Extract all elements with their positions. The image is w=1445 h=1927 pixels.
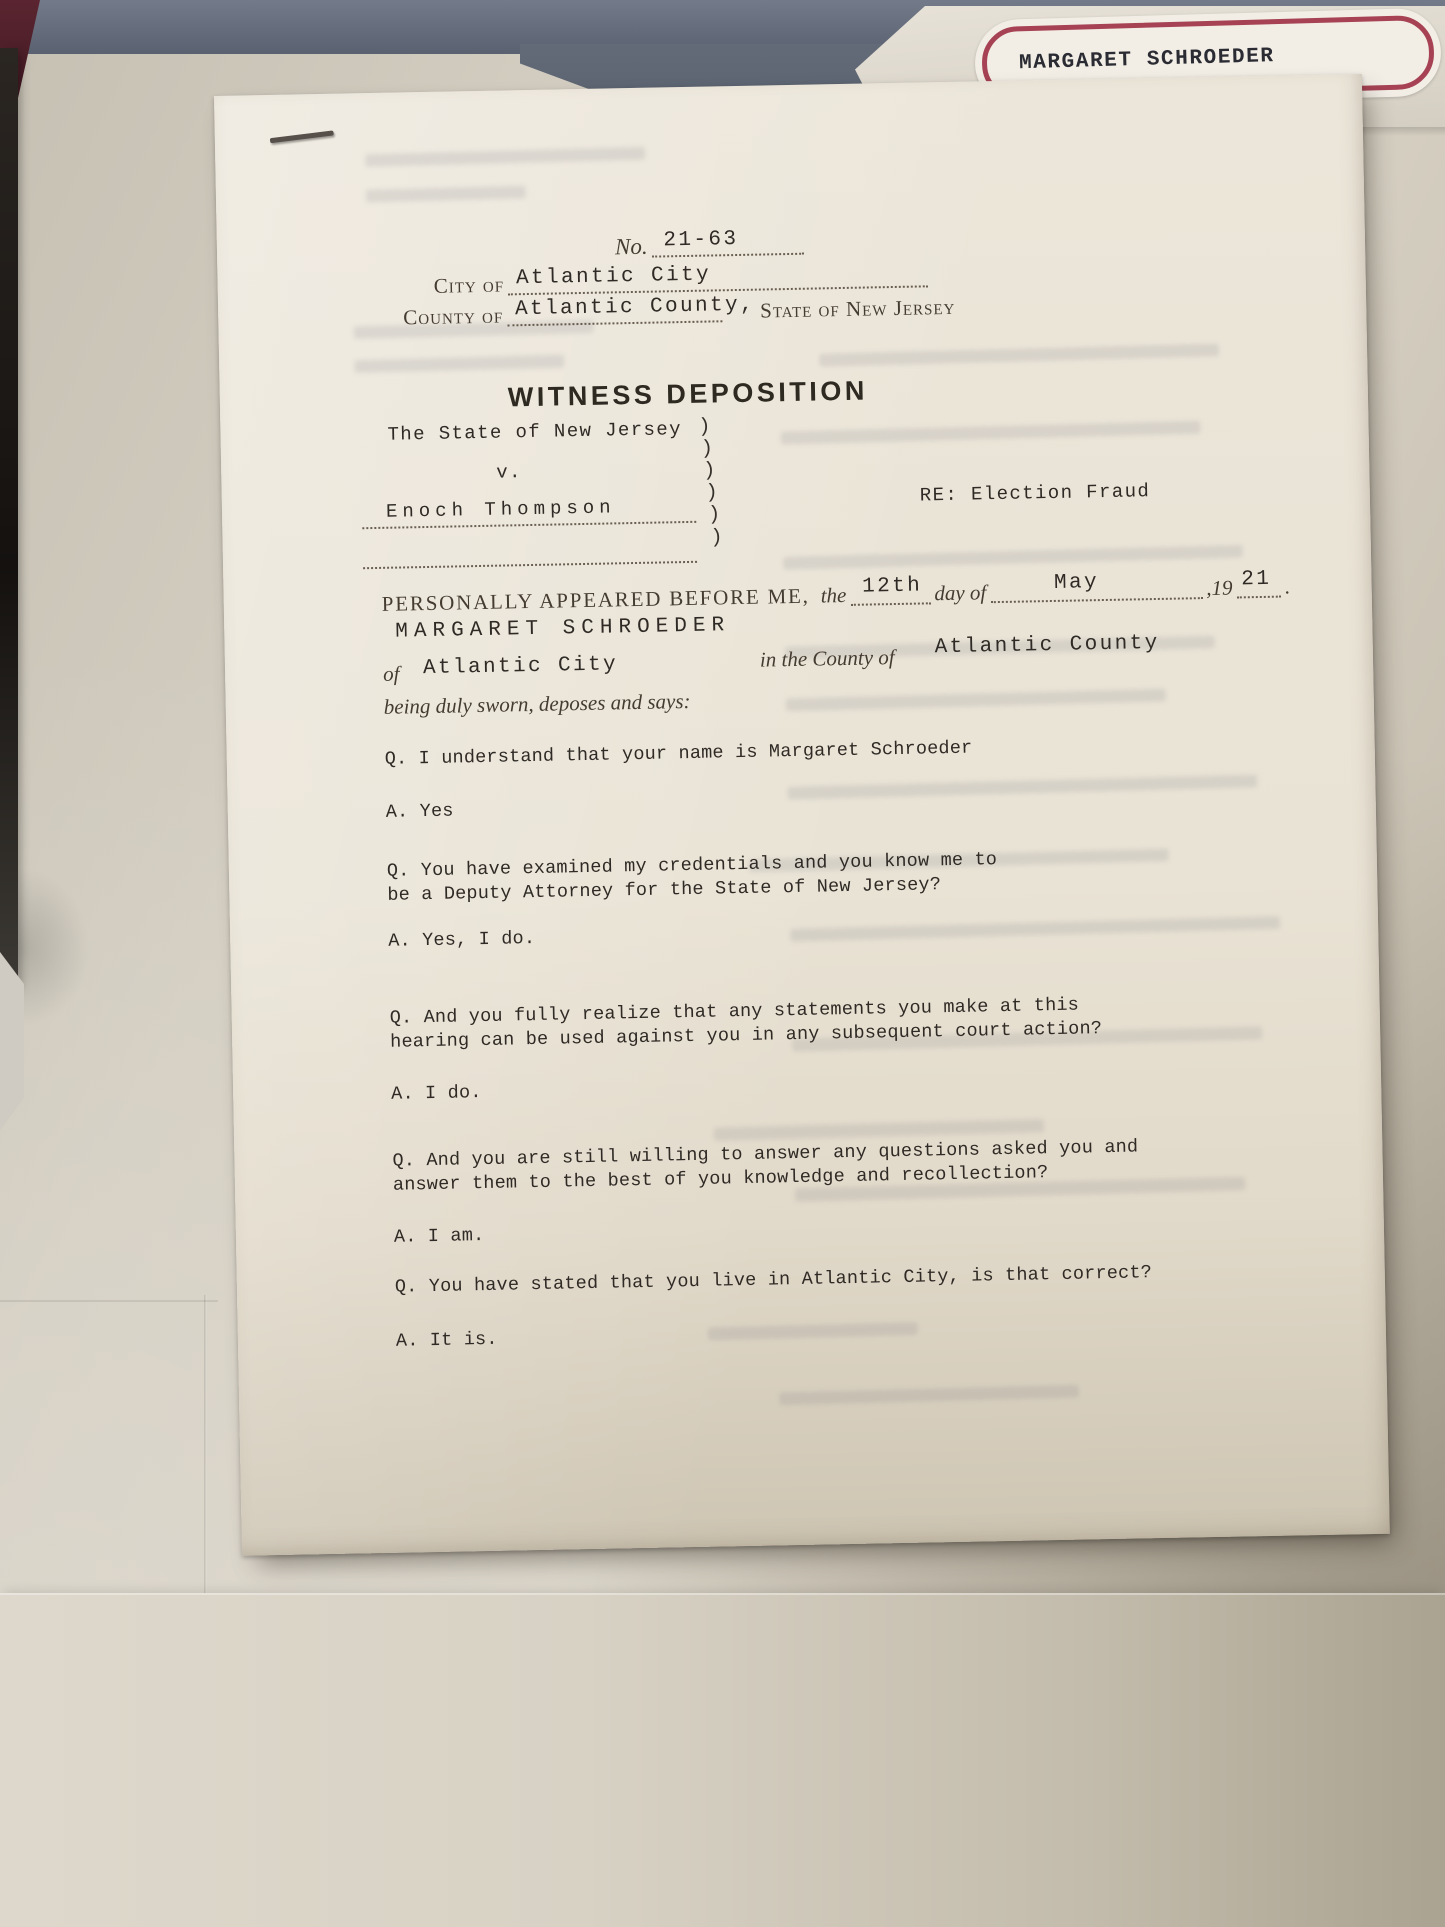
appearance-line: PERSONALLY APPEARED BEFORE ME, the 12th …: [382, 573, 1290, 619]
in-county-value: Atlantic County: [935, 632, 1160, 659]
staple: [270, 130, 334, 143]
appeared-prefix: PERSONALLY APPEARED BEFORE ME,: [382, 584, 810, 616]
sworn-clause: being duly sworn, deposes and says:: [384, 689, 691, 720]
state-label: State of New Jersey: [760, 295, 956, 323]
caption-paren: ): [705, 481, 717, 504]
case-number-value: 21-63: [663, 228, 738, 252]
bleed-through-line: [366, 185, 526, 202]
caption-defendant-field: Enoch Thompson: [362, 491, 697, 529]
bleed-through-line: [354, 355, 564, 373]
deposition-document: No. 21-63 City of Atlantic City County o…: [214, 74, 1390, 1556]
bleed-through-line: [365, 147, 645, 167]
month-value: May: [1054, 569, 1100, 597]
year-value: 21: [1241, 566, 1272, 594]
bleed-through-line: [783, 545, 1243, 570]
bleed-through-line: [781, 421, 1201, 445]
caption-paren: ): [703, 459, 715, 482]
month-field: May: [990, 575, 1202, 603]
caption-paren: ): [698, 416, 710, 439]
shadow-left-edge: [0, 48, 18, 993]
document-title: WITNESS DEPOSITION: [388, 373, 988, 416]
day-value: 12th: [862, 572, 923, 600]
bleed-through-line: [708, 1322, 918, 1340]
case-number-field: 21-63: [651, 231, 803, 258]
county-line: County of Atlantic County, State of New …: [403, 294, 956, 331]
bleed-through-line: [819, 343, 1219, 366]
bleed-through-line: [790, 916, 1280, 942]
photo-scene: MARGARET SCHROEDER No. 21-63 City of: [0, 0, 1445, 1927]
county-label: County of: [403, 303, 503, 329]
qa-question-line: Q. You have stated that you live in Atla…: [395, 1262, 1152, 1298]
caption-blank-field: [363, 533, 698, 569]
bleed-through-line: [779, 1385, 1079, 1406]
qa-answer-line: A. Yes: [386, 801, 454, 823]
caption-paren: ): [710, 526, 722, 549]
folder-crease-horizontal: [0, 1300, 218, 1302]
qa-answer-line: A. I am.: [394, 1225, 485, 1248]
the-word: the: [820, 583, 846, 607]
bleed-through-line: [787, 774, 1257, 799]
county-field: Atlantic County,: [507, 298, 722, 326]
caption-versus: v.: [496, 461, 522, 483]
city-field: Atlantic City: [508, 263, 928, 295]
day-field: 12th: [850, 580, 930, 606]
qa-question-line: Q. I understand that your name is Margar…: [385, 738, 973, 770]
year-prefix: ,19: [1206, 576, 1233, 600]
folder-front-flap: [0, 1593, 1445, 1927]
bleed-through-line: [786, 689, 1166, 712]
bleed-through-line: [714, 1119, 1044, 1141]
in-county-label: in the County of: [760, 645, 895, 673]
city-value: Atlantic City: [516, 263, 711, 290]
caption-plaintiff: The State of New Jersey: [387, 418, 682, 446]
of-label: of: [383, 662, 400, 687]
day-of-label: day of: [934, 580, 986, 605]
county-value: Atlantic County,: [515, 294, 755, 322]
year-field: 21: [1236, 574, 1280, 599]
caption-re-line: RE: Election Fraud: [920, 480, 1151, 506]
case-number-label: No.: [615, 234, 648, 260]
city-label: City of: [433, 272, 504, 297]
caption-defendant: Enoch Thompson: [386, 496, 616, 522]
qa-answer-line: A. I do.: [391, 1082, 482, 1105]
city-line: City of Atlantic City: [433, 263, 928, 298]
year-suffix: .: [1284, 574, 1290, 598]
qa-answer-line: A. Yes, I do.: [388, 928, 535, 952]
case-number-line: No. 21-63: [615, 231, 804, 261]
qa-answer-line: A. It is.: [396, 1329, 498, 1352]
of-city-value: Atlantic City: [423, 653, 618, 680]
caption-paren: ): [708, 503, 720, 526]
caption-paren: ): [701, 437, 713, 460]
